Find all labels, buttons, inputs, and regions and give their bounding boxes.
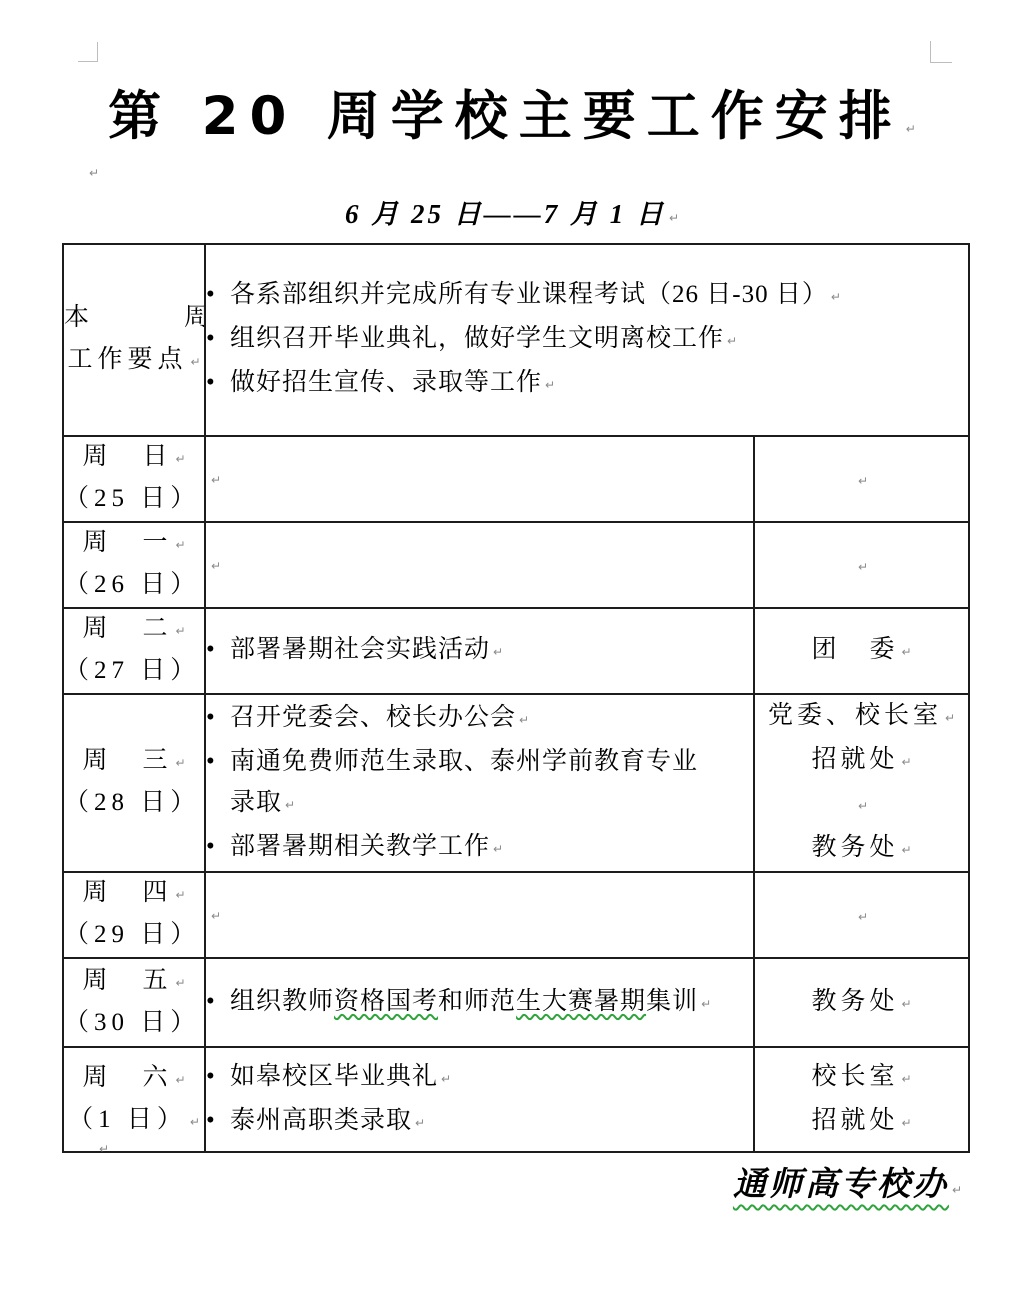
paragraph-mark-icon: ↵	[211, 465, 221, 495]
day-label-line: （28 日）↵	[64, 783, 204, 825]
day-label-line: （29 日）↵	[64, 915, 204, 957]
day-label-line: （25 日）↵	[64, 479, 204, 521]
empty-cell-mark: ↵	[755, 465, 968, 493]
department-line: 校长室↵	[755, 1056, 968, 1100]
task-item: •做好招生宣传、录取等工作↵	[206, 362, 968, 406]
paragraph-mark-icon: ↵	[190, 342, 200, 382]
page-title: 第 20 周学校主要工作安排↵	[0, 86, 1024, 160]
day-label-line: 周 日↵	[64, 437, 204, 479]
date-range-text: 6 月 25 日——7 月 1 日	[345, 199, 666, 229]
task-item: •部署暑期社会实践活动↵	[206, 629, 753, 673]
tasks-cell: •召开党委会、校长办公会↵•南通免费师范生录取、泰州学前教育专业录取↵•部署暑期…	[205, 694, 754, 872]
paragraph-mark-icon: ↵	[831, 277, 841, 318]
task-text: 做好招生宣传、录取等工作	[230, 369, 542, 396]
task-item: •如皋校区毕业典礼↵	[206, 1056, 753, 1100]
empty-cell-mark: ↵	[206, 899, 753, 931]
paragraph-mark-icon: ↵	[175, 743, 185, 783]
task-item: •泰州高职类录取↵	[206, 1100, 753, 1144]
bullet-icon: •	[206, 318, 230, 359]
day-label-line: 周 六↵	[64, 1058, 204, 1100]
department-cell: ↵↵	[754, 436, 969, 522]
paragraph-mark-icon: ↵	[415, 1103, 425, 1144]
crop-mark-top-left-icon	[78, 42, 98, 62]
task-item: •组织教师资格国考和师范生大赛暑期集训↵	[206, 981, 753, 1025]
task-item: •各系部组织并完成所有专业课程考试（26 日-30 日）↵	[206, 274, 968, 318]
office-signature-text: 通师高专校办	[733, 1167, 949, 1203]
paragraph-mark-icon: ↵	[441, 1059, 451, 1100]
page-title-text: 第 20 周学校主要工作安排	[108, 86, 903, 147]
day-label-line: 周 一↵	[64, 523, 204, 565]
paragraph-mark-icon: ↵	[901, 830, 911, 871]
day-label-line: （1 日）↵	[64, 1100, 204, 1142]
department-line: 团 委↵	[755, 629, 968, 673]
tasks-cell: •组织教师资格国考和师范生大赛暑期集训↵	[205, 958, 754, 1047]
task-text: 如皋校区毕业典礼	[230, 1063, 438, 1090]
paragraph-mark-icon: ↵	[175, 525, 185, 565]
table-row: 周 六↵（1 日）↵•如皋校区毕业典礼↵•泰州高职类录取↵校长室↵招就处↵↵	[63, 1047, 969, 1152]
paragraph-mark-icon: ↵	[901, 632, 911, 673]
paragraph-mark-icon: ↵	[945, 698, 955, 739]
empty-cell-mark: ↵	[755, 901, 968, 929]
bullet-icon: •	[206, 1100, 230, 1141]
day-label-line: （27 日）↵	[64, 651, 204, 693]
department-cell: ↵↵	[754, 522, 969, 608]
task-text: 各系部组织并完成所有专业课程考试（26 日-30 日）	[230, 281, 828, 308]
day-label-cell: 周 日↵（25 日）↵	[63, 436, 205, 522]
paragraph-mark-icon: ↵	[175, 439, 185, 479]
department-cell: 党委、校长室↵招就处↵↵教务处↵↵	[754, 694, 969, 872]
tasks-cell: •部署暑期社会实践活动↵	[205, 608, 754, 694]
task-item: •南通免费师范生录取、泰州学前教育专业录取↵	[206, 741, 753, 826]
paragraph-mark-icon: ↵	[901, 984, 911, 1025]
paragraph-mark-icon: ↵	[493, 829, 503, 870]
empty-cell-mark: ↵	[755, 551, 968, 579]
day-label-line: 周 二↵	[64, 609, 204, 651]
day-label-cell: 周 六↵（1 日）↵	[63, 1047, 205, 1152]
paragraph-mark-icon: ↵	[727, 321, 737, 362]
day-label-cell: 周 四↵（29 日）↵	[63, 872, 205, 958]
paragraph-mark-icon: ↵	[493, 632, 503, 673]
task-item: •组织召开毕业典礼，做好学生文明离校工作↵	[206, 318, 968, 362]
day-label-cell: 周 三↵（28 日）↵	[63, 694, 205, 872]
day-label-line: 本 周↵	[64, 298, 204, 340]
empty-cell-mark: ↵	[206, 463, 753, 495]
day-label-line: 周 五↵	[64, 961, 204, 1003]
department-line: ↵	[755, 783, 968, 827]
schedule-table-body: 本 周↵工作要点↵•各系部组织并完成所有专业课程考试（26 日-30 日）↵•组…	[63, 244, 969, 1152]
schedule-table: 本 周↵工作要点↵•各系部组织并完成所有专业课程考试（26 日-30 日）↵•组…	[62, 243, 970, 1153]
bullet-icon: •	[206, 1056, 230, 1097]
bullet-icon: •	[206, 697, 230, 738]
table-row: 周 一↵（26 日）↵↵↵↵	[63, 522, 969, 608]
paragraph-mark-icon: ↵	[99, 1142, 109, 1156]
task-text: 集训	[646, 988, 698, 1015]
department-cell: 教务处↵↵	[754, 958, 969, 1047]
department-line: 招就处↵	[755, 1100, 968, 1144]
paragraph-mark-icon: ↵	[858, 786, 868, 827]
spellcheck-squiggle-text: 生大赛暑期	[516, 988, 646, 1015]
paragraph-mark-icon: ↵	[906, 98, 916, 160]
paragraph-mark-icon: ↵	[701, 984, 711, 1025]
task-text: 组织召开毕业典礼，做好学生文明离校工作	[230, 325, 724, 352]
crop-mark-top-right-icon	[930, 41, 952, 63]
paragraph-mark-icon: ↵	[858, 474, 868, 488]
paragraph-mark-icon: ↵	[89, 166, 99, 180]
department-cell: 团 委↵↵	[754, 608, 969, 694]
day-label-line: 工作要点↵	[64, 340, 204, 382]
task-text: 召开党委会、校长办公会	[230, 704, 516, 731]
table-row: 周 五↵（30 日）↵•组织教师资格国考和师范生大赛暑期集训↵教务处↵↵	[63, 958, 969, 1047]
empty-cell-mark: ↵	[206, 549, 753, 581]
tasks-cell: ↵	[205, 522, 754, 608]
department-cell: 校长室↵招就处↵↵	[754, 1047, 969, 1152]
bullet-icon: •	[206, 741, 230, 782]
paragraph-mark-icon: ↵	[175, 1060, 185, 1100]
spellcheck-squiggle-text: 资格国考	[334, 988, 438, 1015]
tasks-cell: ↵	[205, 872, 754, 958]
paragraph-mark-icon: ↵	[901, 1103, 911, 1144]
task-text: 泰州高职类录取	[230, 1107, 412, 1134]
day-label-line: 周 四↵	[64, 873, 204, 915]
task-text: 组织教师	[230, 988, 334, 1015]
tasks-cell: •如皋校区毕业典礼↵•泰州高职类录取↵	[205, 1047, 754, 1152]
task-text: 部署暑期社会实践活动	[230, 636, 490, 663]
paragraph-mark-icon: ↵	[211, 901, 221, 931]
paragraph-mark-icon: ↵	[545, 365, 555, 406]
task-text: 录取	[230, 789, 282, 816]
day-label-line: （30 日）↵	[64, 1003, 204, 1045]
tasks-cell: •各系部组织并完成所有专业课程考试（26 日-30 日）↵•组织召开毕业典礼，做…	[205, 244, 969, 436]
paragraph-mark-icon: ↵	[175, 963, 185, 1003]
bullet-icon: •	[206, 274, 230, 315]
department-cell: ↵↵	[754, 872, 969, 958]
paragraph-mark-icon: ↵	[175, 875, 185, 915]
paragraph-mark-icon: ↵	[211, 551, 221, 581]
department-line: 教务处↵	[755, 827, 968, 871]
task-text: 部署暑期相关教学工作	[230, 833, 490, 860]
table-row: 周 日↵（25 日）↵↵↵↵	[63, 436, 969, 522]
bullet-icon: •	[206, 981, 230, 1022]
bullet-icon: •	[206, 362, 230, 403]
department-line: 招就处↵	[755, 739, 968, 783]
day-label-cell: 周 二↵（27 日）↵	[63, 608, 205, 694]
task-item: •召开党委会、校长办公会↵	[206, 697, 753, 741]
paragraph-mark-icon: ↵	[858, 560, 868, 574]
office-signature: 通师高专校办↵	[733, 1158, 962, 1205]
day-label-line: （26 日）↵	[64, 565, 204, 607]
date-range-subtitle: 6 月 25 日——7 月 1 日↵	[0, 192, 1024, 231]
day-label-cell: 本 周↵工作要点↵	[63, 244, 205, 436]
paragraph-mark-icon: ↵	[190, 1102, 200, 1142]
paragraph-mark-icon: ↵	[669, 211, 679, 225]
paragraph-mark-icon: ↵	[901, 742, 911, 783]
paragraph-mark-icon: ↵	[285, 785, 295, 826]
table-row: 周 三↵（28 日）↵•召开党委会、校长办公会↵•南通免费师范生录取、泰州学前教…	[63, 694, 969, 872]
document-page: 第 20 周学校主要工作安排↵ ↵ 6 月 25 日——7 月 1 日↵ 本 周…	[0, 0, 1024, 1302]
tasks-cell: ↵	[205, 436, 754, 522]
table-row: 周 四↵（29 日）↵↵↵↵	[63, 872, 969, 958]
bullet-icon: •	[206, 826, 230, 867]
table-row: 周 二↵（27 日）↵•部署暑期社会实践活动↵团 委↵↵	[63, 608, 969, 694]
day-label-line: 周 三↵	[64, 741, 204, 783]
department-line: 党委、校长室↵	[755, 695, 968, 739]
task-text: 南通免费师范生录取、泰州学前教育专业	[230, 748, 698, 775]
bullet-icon: •	[206, 629, 230, 670]
day-label-cell: 周 一↵（26 日）↵	[63, 522, 205, 608]
paragraph-mark-icon: ↵	[858, 910, 868, 924]
paragraph-mark-icon: ↵	[901, 1059, 911, 1100]
paragraph-mark-icon: ↵	[175, 611, 185, 651]
task-item: •部署暑期相关教学工作↵	[206, 826, 753, 870]
paragraph-mark-icon: ↵	[519, 700, 529, 741]
department-line: 教务处↵	[755, 981, 968, 1025]
day-label-cell: 周 五↵（30 日）↵	[63, 958, 205, 1047]
table-row: 本 周↵工作要点↵•各系部组织并完成所有专业课程考试（26 日-30 日）↵•组…	[63, 244, 969, 436]
task-text: 和师范	[438, 988, 516, 1015]
paragraph-mark-icon: ↵	[952, 1183, 962, 1197]
